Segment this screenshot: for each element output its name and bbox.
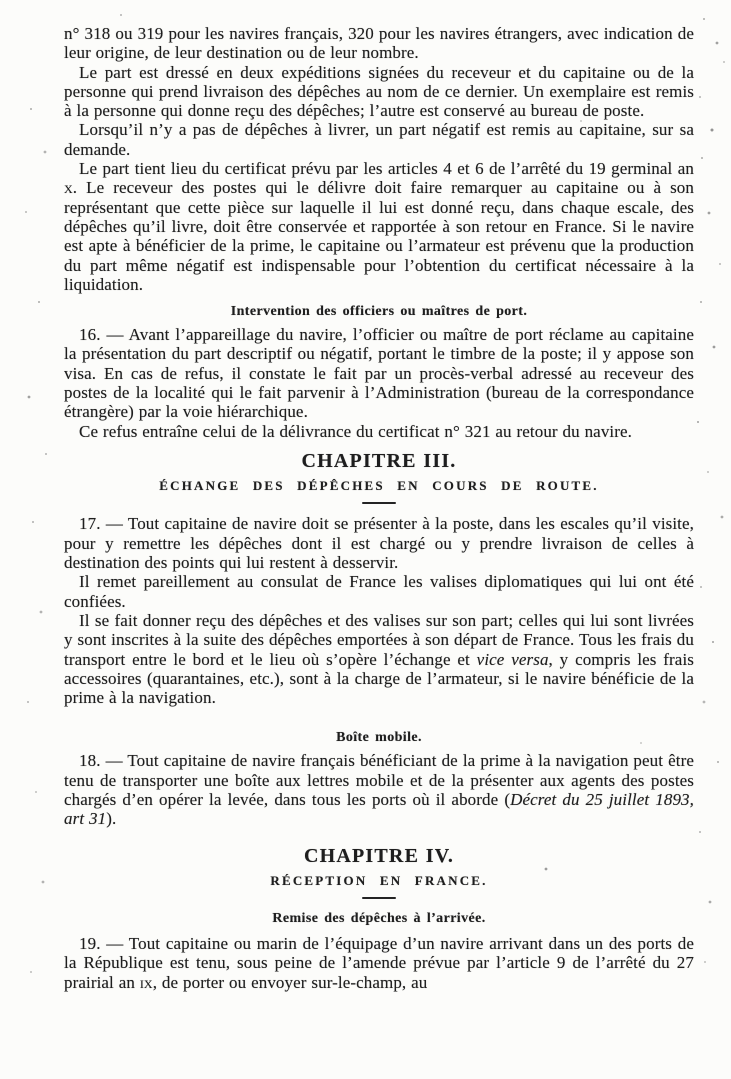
paragraph-article-17: 17. — Tout capitaine de navire doit se p… (64, 514, 694, 572)
paragraph-part-deux-expeditions: Le part est dressé en deux expéditions s… (64, 63, 694, 121)
section-heading-reception-en-france: RÉCEPTION EN FRANCE. (64, 873, 694, 889)
paragraph-article-18: 18. — Tout capitaine de navire français … (64, 751, 694, 828)
paragraph-refus-certificat-321: Ce refus entraîne celui de la délivrance… (64, 422, 694, 441)
paragraph-part-negatif: Lorsqu’il n’y a pas de dépêches à livrer… (64, 120, 694, 159)
paragraph-valises-diplomatiques: Il remet pareillement au consulat de Fra… (64, 572, 694, 611)
paragraph-article-19: 19. — Tout capitaine ou marin de l’équip… (64, 934, 694, 992)
paragraph-recu-des-depeches: Il se fait donner reçu des dépêches et d… (64, 611, 694, 707)
text-run: Le part tient lieu du certificat prévu p… (79, 159, 694, 178)
subheading-boite-mobile: Boîte mobile. (64, 729, 694, 746)
text-run: , de porter ou envoyer sur-le-champ, au (153, 973, 428, 992)
paragraph-part-certificat: Le part tient lieu du certificat prévu p… (64, 159, 694, 294)
smallcaps-an-x: x (64, 178, 73, 197)
italic-vice-versa: vice versa (477, 650, 549, 669)
subheading-remise-des-depeches: Remise des dépêches à l’arrivée. (64, 910, 694, 927)
text-run: ). (106, 809, 116, 828)
paragraph-numeros-navires: n° 318 ou 319 pour les navires français,… (64, 24, 694, 63)
scanned-document-page: n° 318 ou 319 pour les navires français,… (0, 0, 731, 1079)
text-run: . Le receveur des postes qui le délivre … (64, 178, 694, 293)
smallcaps-an-ix: ix (140, 973, 153, 992)
paragraph-article-16: 16. — Avant l’appareillage du navire, l’… (64, 325, 694, 421)
separator-rule (362, 502, 396, 505)
chapter-heading-4: CHAPITRE IV. (64, 844, 694, 868)
separator-rule (362, 897, 396, 900)
chapter-heading-3: CHAPITRE III. (64, 449, 694, 473)
section-heading-echange-depeches: ÉCHANGE DES DÉPÊCHES EN COURS DE ROUTE. (64, 478, 694, 494)
subheading-intervention-officiers: Intervention des officiers ou maîtres de… (64, 303, 694, 320)
